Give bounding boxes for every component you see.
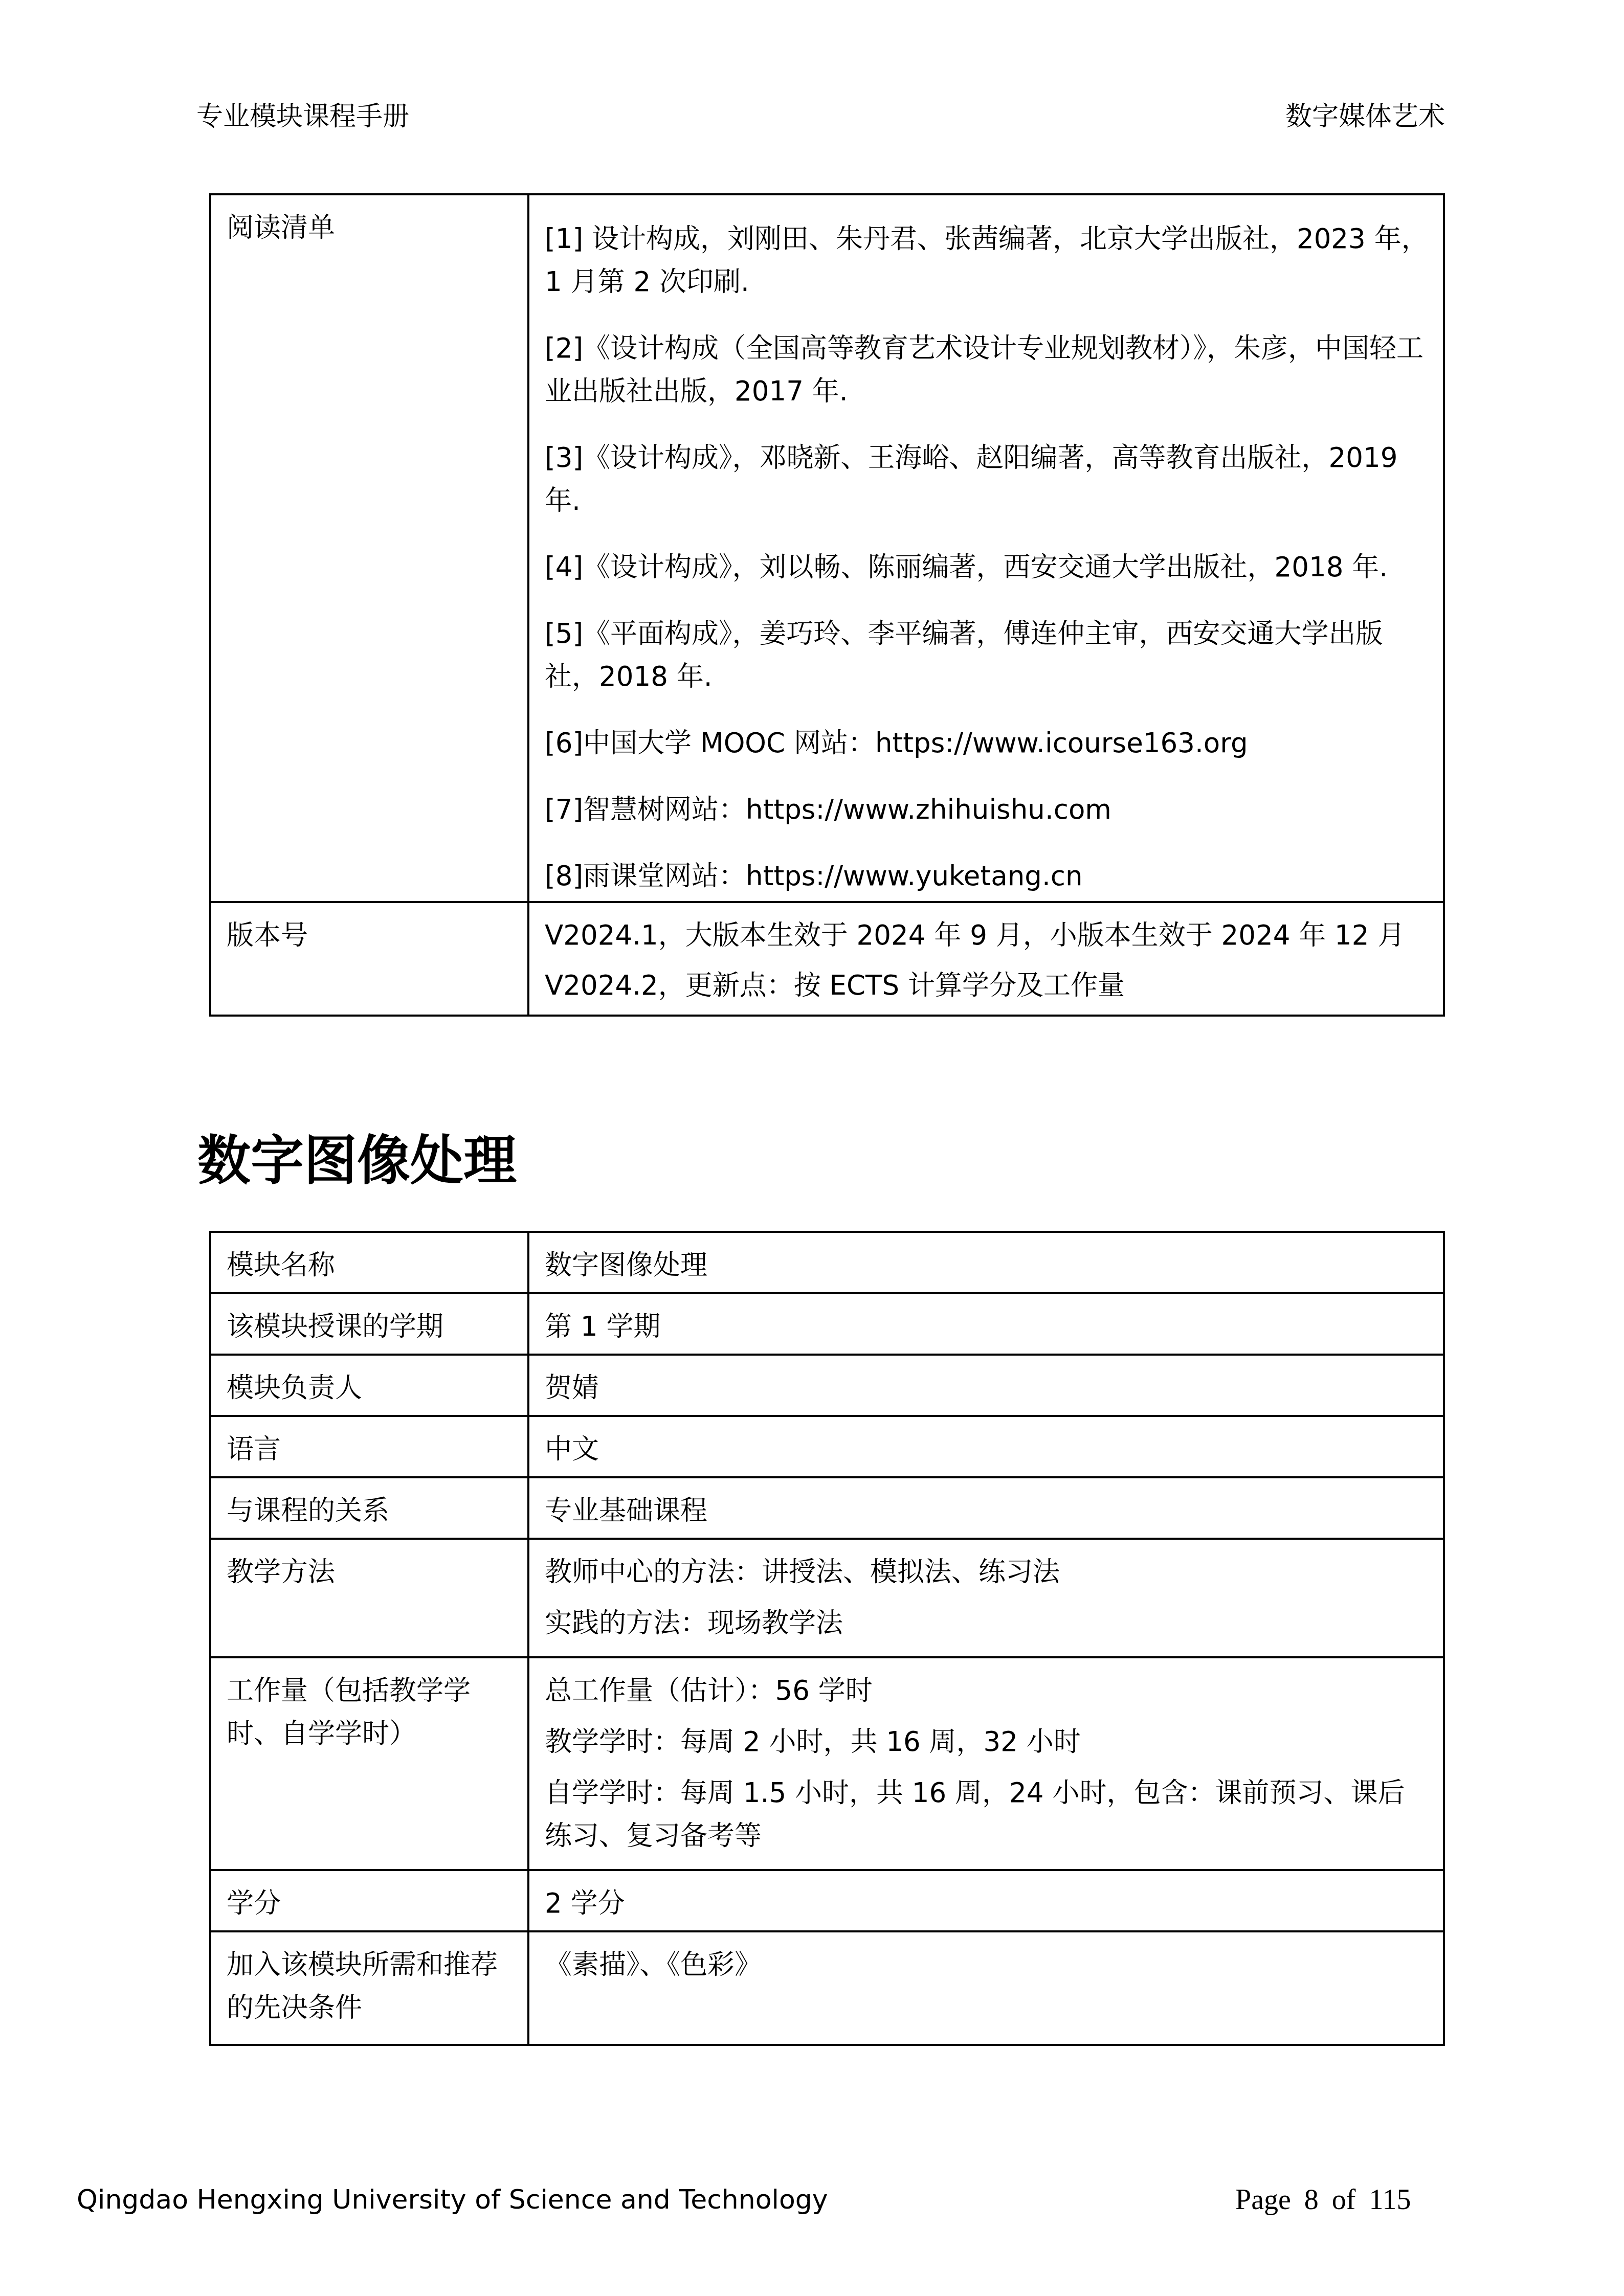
page-total: 115 (1369, 2184, 1411, 2216)
row-value: 专业基础课程 (528, 1477, 1444, 1539)
table-row: 模块名称 数字图像处理 (210, 1232, 1444, 1293)
value-text: 第 1 学期 (545, 1305, 1429, 1348)
value-text: 2 学分 (545, 1882, 1429, 1925)
page-number: Page 8 of 115 (1235, 2179, 1411, 2220)
row-value: 2 学分 (528, 1870, 1444, 1931)
reference-item: [7]智慧树网站：https://www.zhihuishu.com (545, 789, 1429, 831)
row-label: 该模块授课的学期 (210, 1293, 528, 1355)
footer-institution: Qingdao Hengxing University of Science a… (77, 2179, 828, 2220)
row-value: 教师中心的方法：讲授法、模拟法、练习法 实践的方法：现场教学法 (528, 1539, 1444, 1657)
value-text: 中文 (545, 1428, 1429, 1471)
row-label: 版本号 (210, 902, 528, 1016)
value-text: 教学学时：每周 2 小时，共 16 周，32 小时 (545, 1721, 1429, 1764)
row-label: 工作量（包括教学学时、自学学时） (210, 1657, 528, 1870)
row-label: 学分 (210, 1870, 528, 1931)
reading-list-cell: [1] 设计构成，刘刚田、朱丹君、张茜编著，北京大学出版社，2023 年，1 月… (528, 194, 1444, 902)
version-line: V2024.2，更新点：按 ECTS 计算学分及工作量 (545, 964, 1429, 1007)
table-row: 版本号 V2024.1，大版本生效于 2024 年 9 月，小版本生效于 202… (210, 902, 1444, 1016)
value-text: 自学学时：每周 1.5 小时，共 16 周，24 小时，包含：课前预习、课后练习… (545, 1772, 1429, 1858)
table-row: 该模块授课的学期 第 1 学期 (210, 1293, 1444, 1355)
reference-item: [2]《设计构成（全国高等教育艺术设计专业规划教材）》，朱彦，中国轻工业出版社出… (545, 327, 1429, 413)
value-text: 贺婧 (545, 1367, 1429, 1410)
reference-item: [4]《设计构成》，刘以畅、陈丽编著，西安交通大学出版社，2018 年. (545, 546, 1429, 589)
reading-list-table: 阅读清单 [1] 设计构成，刘刚田、朱丹君、张茜编著，北京大学出版社，2023 … (209, 193, 1445, 1017)
row-value: 中文 (528, 1416, 1444, 1477)
table-row: 工作量（包括教学学时、自学学时） 总工作量（估计）：56 学时 教学学时：每周 … (210, 1657, 1444, 1870)
reference-item: [5]《平面构成》，姜巧玲、李平编著，傅连仲主审，西安交通大学出版社，2018 … (545, 613, 1429, 699)
value-text: 专业基础课程 (545, 1490, 1429, 1533)
row-value: 数字图像处理 (528, 1232, 1444, 1293)
table-row: 阅读清单 [1] 设计构成，刘刚田、朱丹君、张茜编著，北京大学出版社，2023 … (210, 194, 1444, 902)
running-header-right: 数字媒体艺术 (1285, 96, 1445, 137)
table-row: 语言 中文 (210, 1416, 1444, 1477)
row-label: 模块负责人 (210, 1355, 528, 1416)
table-row: 模块负责人 贺婧 (210, 1355, 1444, 1416)
value-text: 数字图像处理 (545, 1244, 1429, 1287)
row-value: 总工作量（估计）：56 学时 教学学时：每周 2 小时，共 16 周，32 小时… (528, 1657, 1444, 1870)
row-label: 模块名称 (210, 1232, 528, 1293)
value-text: 教师中心的方法：讲授法、模拟法、练习法 (545, 1551, 1429, 1594)
value-text: 总工作量（估计）：56 学时 (545, 1670, 1429, 1713)
version-cell: V2024.1，大版本生效于 2024 年 9 月，小版本生效于 2024 年 … (528, 902, 1444, 1016)
page-current: 8 (1304, 2184, 1319, 2216)
table-row: 与课程的关系 专业基础课程 (210, 1477, 1444, 1539)
row-label: 与课程的关系 (210, 1477, 528, 1539)
table-row: 教学方法 教师中心的方法：讲授法、模拟法、练习法 实践的方法：现场教学法 (210, 1539, 1444, 1657)
row-value: 贺婧 (528, 1355, 1444, 1416)
page-label: Page (1235, 2184, 1291, 2216)
row-label: 阅读清单 (210, 194, 528, 902)
version-line: V2024.1，大版本生效于 2024 年 9 月，小版本生效于 2024 年 … (545, 914, 1429, 957)
table-row: 加入该模块所需和推荐的先决条件 《素描》、《色彩》 (210, 1931, 1444, 2045)
reference-item: [6]中国大学 MOOC 网站：https://www.icourse163.o… (545, 722, 1429, 765)
row-label: 教学方法 (210, 1539, 528, 1657)
value-text: 《素描》、《色彩》 (545, 1944, 1429, 1987)
module-info-table: 模块名称 数字图像处理 该模块授课的学期 第 1 学期 模块负责人 贺婧 语言 … (209, 1231, 1445, 2046)
value-text: 实践的方法：现场教学法 (545, 1602, 1429, 1645)
row-label: 语言 (210, 1416, 528, 1477)
section-title: 数字图像处理 (197, 1125, 517, 1197)
page-of-label: of (1332, 2184, 1356, 2216)
reference-item: [1] 设计构成，刘刚田、朱丹君、张茜编著，北京大学出版社，2023 年，1 月… (545, 218, 1429, 304)
reference-item: [8]雨课堂网站：https://www.yuketang.cn (545, 855, 1429, 898)
row-label: 加入该模块所需和推荐的先决条件 (210, 1931, 528, 2045)
table-row: 学分 2 学分 (210, 1870, 1444, 1931)
row-value: 《素描》、《色彩》 (528, 1931, 1444, 2045)
reference-item: [3]《设计构成》，邓晓新、王海峪、赵阳编著，高等教育出版社，2019 年. (545, 437, 1429, 523)
row-value: 第 1 学期 (528, 1293, 1444, 1355)
running-header-left: 专业模块课程手册 (196, 96, 409, 137)
